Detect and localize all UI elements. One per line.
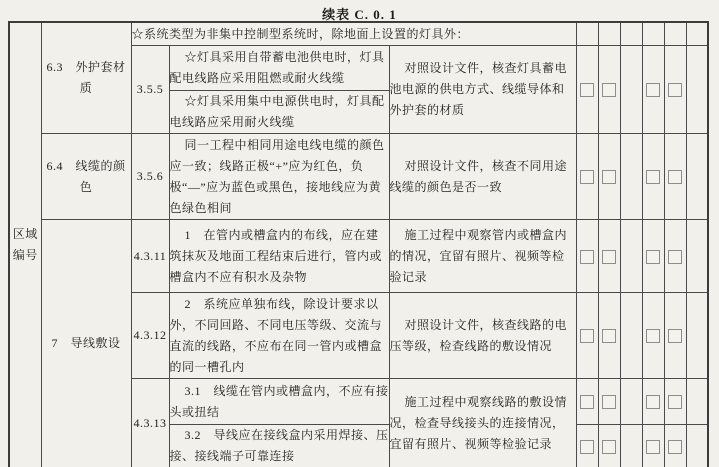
empty-checkbox[interactable] xyxy=(668,395,682,409)
empty-checkbox[interactable] xyxy=(668,170,682,184)
checkbox-cell xyxy=(686,379,708,425)
empty-checkbox[interactable] xyxy=(580,250,594,264)
method-cell-3-5-6: 对照设计文件，核查不同用途线缆的颜色是否一致 xyxy=(389,134,576,220)
checkbox-cell xyxy=(576,46,598,134)
checkbox-cell xyxy=(620,379,642,425)
checkbox-cell xyxy=(620,134,642,220)
inspection-table: 区域编号 6.3 外护套材质 ☆系统类型为非集中控制型系统时，除地面上设置的灯具… xyxy=(8,21,709,467)
checkbox-cell xyxy=(686,293,708,379)
desc-text: 1 在管内或槽盒内的布线，应在建筑抹灰及地面工程结束后进行，管内或槽盒内不应有积… xyxy=(170,225,389,288)
desc-text: ☆灯具采用集中电源供电时，灯具配电线路应采用耐火线缆 xyxy=(170,91,389,133)
method-text: 对照设计文件，核查灯具蓄电池电源的供电方式、线缆导体和外护套的材质 xyxy=(390,58,576,121)
checkbox-cell xyxy=(576,134,598,220)
checkbox-cell xyxy=(642,379,664,425)
page-title: 续表 C. 0. 1 xyxy=(0,0,719,21)
checkbox-cell xyxy=(664,134,686,220)
checkbox-cell xyxy=(686,134,708,220)
code-cell-4-3-13: 4.3.13 xyxy=(131,379,169,467)
checkbox-cell xyxy=(576,293,598,379)
empty-checkbox[interactable] xyxy=(646,170,660,184)
method-cell-4-3-12: 对照设计文件，核查线路的电压等级，检查线路的敷设情况 xyxy=(389,293,576,379)
empty-checkbox[interactable] xyxy=(602,440,616,454)
checkbox-cell xyxy=(664,220,686,293)
empty-checkbox[interactable] xyxy=(602,250,616,264)
checkbox-cell xyxy=(686,22,708,46)
checkbox-cell xyxy=(686,425,708,467)
method-text: 对照设计文件，核查不同用途线缆的颜色是否一致 xyxy=(390,156,576,198)
checkbox-cell xyxy=(664,425,686,467)
item-cell-7: 7 导线敷设 xyxy=(41,220,131,467)
checkbox-cell xyxy=(642,46,664,134)
desc-text: 3.2 导线应在接线盒内采用焊接、压接、接线端子可靠连接 xyxy=(170,425,389,467)
method-cell-4-3-13: 施工过程中观察线路的敷设情况，检查导线接头的连接情况，宜留有照片、视频等检验记录 xyxy=(389,379,576,467)
desc-cell-4-3-13b: 3.2 导线应在接线盒内采用焊接、压接、接线端子可靠连接 xyxy=(169,425,389,467)
checkbox-cell xyxy=(642,220,664,293)
desc-text: 同一工程中相同用途电线电缆的颜色应一致；线路正极“+”应为红色，负极“—”应为蓝… xyxy=(170,135,389,219)
checkbox-cell xyxy=(664,46,686,134)
method-text: 施工过程中观察管内或槽盒内的情况，宜留有照片、视频等检验记录 xyxy=(390,225,576,288)
empty-checkbox[interactable] xyxy=(668,329,682,343)
desc-text: 2 系统应单独布线，除设计要求以外，不同回路、不同电压等级、交流与直流的线路，不… xyxy=(170,294,389,378)
empty-checkbox[interactable] xyxy=(580,329,594,343)
empty-checkbox[interactable] xyxy=(646,395,660,409)
item-cell-6-3: 6.3 外护套材质 xyxy=(41,22,131,134)
method-cell-4-3-11: 施工过程中观察管内或槽盒内的情况，宜留有照片、视频等检验记录 xyxy=(389,220,576,293)
checkbox-cell xyxy=(598,22,620,46)
desc-cell-4-3-13a: 3.1 线缆在管内或槽盒内，不应有接头或扭结 xyxy=(169,379,389,425)
item-cell-6-4: 6.4 线缆的颜色 xyxy=(41,134,131,220)
table-row-3-5-6: 6.4 线缆的颜色 3.5.6 同一工程中相同用途电线电缆的颜色应一致；线路正极… xyxy=(9,134,708,220)
empty-checkbox[interactable] xyxy=(580,83,594,97)
checkbox-cell xyxy=(576,22,598,46)
checkbox-cell xyxy=(642,22,664,46)
system-type-note: ☆系统类型为非集中控制型系统时，除地面上设置的灯具外： xyxy=(132,24,576,45)
desc-cell-3-5-5b: ☆灯具采用集中电源供电时，灯具配电线路应采用耐火线缆 xyxy=(169,91,389,134)
desc-cell-4-3-12: 2 系统应单独布线，除设计要求以外，不同回路、不同电压等级、交流与直流的线路，不… xyxy=(169,293,389,379)
empty-checkbox[interactable] xyxy=(668,440,682,454)
empty-checkbox[interactable] xyxy=(668,83,682,97)
code-cell-3-5-6: 3.5.6 xyxy=(131,134,169,220)
table-row-4-3-11: 7 导线敷设 4.3.11 1 在管内或槽盒内的布线，应在建筑抹灰及地面工程结束… xyxy=(9,220,708,293)
checkbox-cell xyxy=(620,22,642,46)
checkbox-cell xyxy=(620,46,642,134)
checkbox-cell xyxy=(642,293,664,379)
checkbox-cell xyxy=(598,220,620,293)
desc-cell-4-3-11: 1 在管内或槽盒内的布线，应在建筑抹灰及地面工程结束后进行，管内或槽盒内不应有积… xyxy=(169,220,389,293)
empty-checkbox[interactable] xyxy=(580,440,594,454)
checkbox-cell xyxy=(642,425,664,467)
method-text: 对照设计文件，核查线路的电压等级，检查线路的敷设情况 xyxy=(390,315,576,357)
checkbox-cell xyxy=(686,220,708,293)
empty-checkbox[interactable] xyxy=(646,83,660,97)
checkbox-cell xyxy=(576,220,598,293)
desc-text: ☆灯具采用自带蓄电池供电时，灯具配电线路应采用阻燃或耐火线缆 xyxy=(170,47,389,89)
empty-checkbox[interactable] xyxy=(580,395,594,409)
checkbox-cell xyxy=(598,134,620,220)
desc-cell-3-5-5a: ☆灯具采用自带蓄电池供电时，灯具配电线路应采用阻燃或耐火线缆 xyxy=(169,46,389,91)
checkbox-cell xyxy=(598,425,620,467)
checkbox-cell xyxy=(576,425,598,467)
region-header-cell: 区域编号 xyxy=(9,22,41,467)
checkbox-cell xyxy=(598,293,620,379)
desc-text: 3.1 线缆在管内或槽盒内，不应有接头或扭结 xyxy=(170,381,389,423)
empty-checkbox[interactable] xyxy=(646,440,660,454)
empty-checkbox[interactable] xyxy=(602,329,616,343)
checkbox-cell xyxy=(620,220,642,293)
checkbox-cell xyxy=(642,134,664,220)
checkbox-cell xyxy=(664,293,686,379)
empty-checkbox[interactable] xyxy=(602,170,616,184)
method-cell-3-5-5: 对照设计文件，核查灯具蓄电池电源的供电方式、线缆导体和外护套的材质 xyxy=(389,46,576,134)
checkbox-cell xyxy=(686,46,708,134)
system-type-note-cell: ☆系统类型为非集中控制型系统时，除地面上设置的灯具外： xyxy=(131,22,576,46)
empty-checkbox[interactable] xyxy=(668,250,682,264)
empty-checkbox[interactable] xyxy=(602,395,616,409)
checkbox-cell xyxy=(598,379,620,425)
checkbox-cell xyxy=(598,46,620,134)
checkbox-cell xyxy=(664,379,686,425)
empty-checkbox[interactable] xyxy=(602,83,616,97)
code-cell-4-3-11: 4.3.11 xyxy=(131,220,169,293)
checkbox-cell xyxy=(576,379,598,425)
note-row: 区域编号 6.3 外护套材质 ☆系统类型为非集中控制型系统时，除地面上设置的灯具… xyxy=(9,22,708,46)
desc-cell-3-5-6: 同一工程中相同用途电线电缆的颜色应一致；线路正极“+”应为红色，负极“—”应为蓝… xyxy=(169,134,389,220)
empty-checkbox[interactable] xyxy=(646,329,660,343)
empty-checkbox[interactable] xyxy=(580,170,594,184)
empty-checkbox[interactable] xyxy=(646,250,660,264)
code-cell-4-3-12: 4.3.12 xyxy=(131,293,169,379)
checkbox-cell xyxy=(664,22,686,46)
method-text: 施工过程中观察线路的敷设情况，检查导线接头的连接情况，宜留有照片、视频等检验记录 xyxy=(390,392,576,455)
checkbox-cell xyxy=(620,293,642,379)
code-cell-3-5-5: 3.5.5 xyxy=(131,46,169,134)
checkbox-cell xyxy=(620,425,642,467)
